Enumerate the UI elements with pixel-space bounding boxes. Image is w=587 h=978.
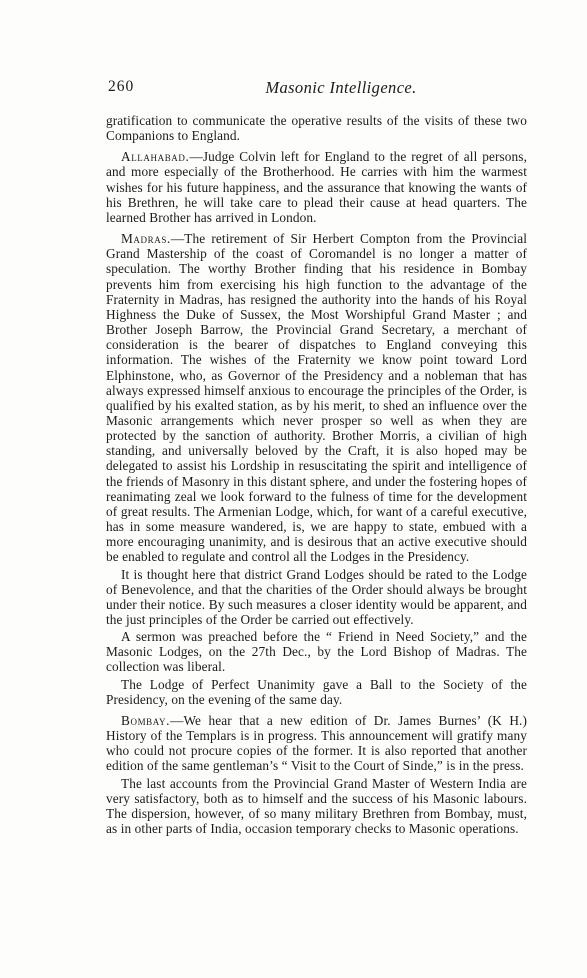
paragraph-last-accounts: The last accounts from the Provincial Gr… [106, 776, 527, 837]
paragraph-text: —We hear that a new edition of Dr. James… [106, 713, 527, 773]
paragraph-madras: Madras.—The retirement of Sir Herbert Co… [106, 231, 527, 564]
paragraph-sermon: A sermon was preached before the “ Frien… [106, 629, 527, 674]
paragraph-text: It is thought here that district Grand L… [106, 567, 527, 627]
page-title: Masonic Intelligence. [106, 78, 528, 98]
scanned-document-page: 260 Masonic Intelligence. gratification … [0, 0, 587, 978]
paragraph-allahabad: Allahabad.—Judge Colvin left for England… [106, 149, 527, 225]
paragraph-text: The Lodge of Perfect Unanimity gave a Ba… [106, 677, 527, 707]
paragraph-continuation: gratification to communicate the operati… [106, 113, 527, 143]
paragraph-district-lodges: It is thought here that district Grand L… [106, 567, 527, 628]
paragraph-ball: The Lodge of Perfect Unanimity gave a Ba… [106, 677, 527, 707]
paragraph-text: gratification to communicate the operati… [106, 113, 527, 143]
paragraph-bombay: Bombay.—We hear that a new edition of Dr… [106, 713, 527, 774]
dateline-allahabad: Allahabad. [121, 149, 189, 164]
dateline-madras: Madras. [121, 231, 171, 246]
paragraph-text: —The retirement of Sir Herbert Compton f… [106, 231, 527, 564]
dateline-bombay: Bombay. [121, 713, 170, 728]
page-header: 260 Masonic Intelligence. [106, 78, 528, 100]
page-body: gratification to communicate the operati… [106, 113, 527, 836]
paragraph-text: The last accounts from the Provincial Gr… [106, 776, 527, 836]
paragraph-text: A sermon was preached before the “ Frien… [106, 629, 527, 674]
